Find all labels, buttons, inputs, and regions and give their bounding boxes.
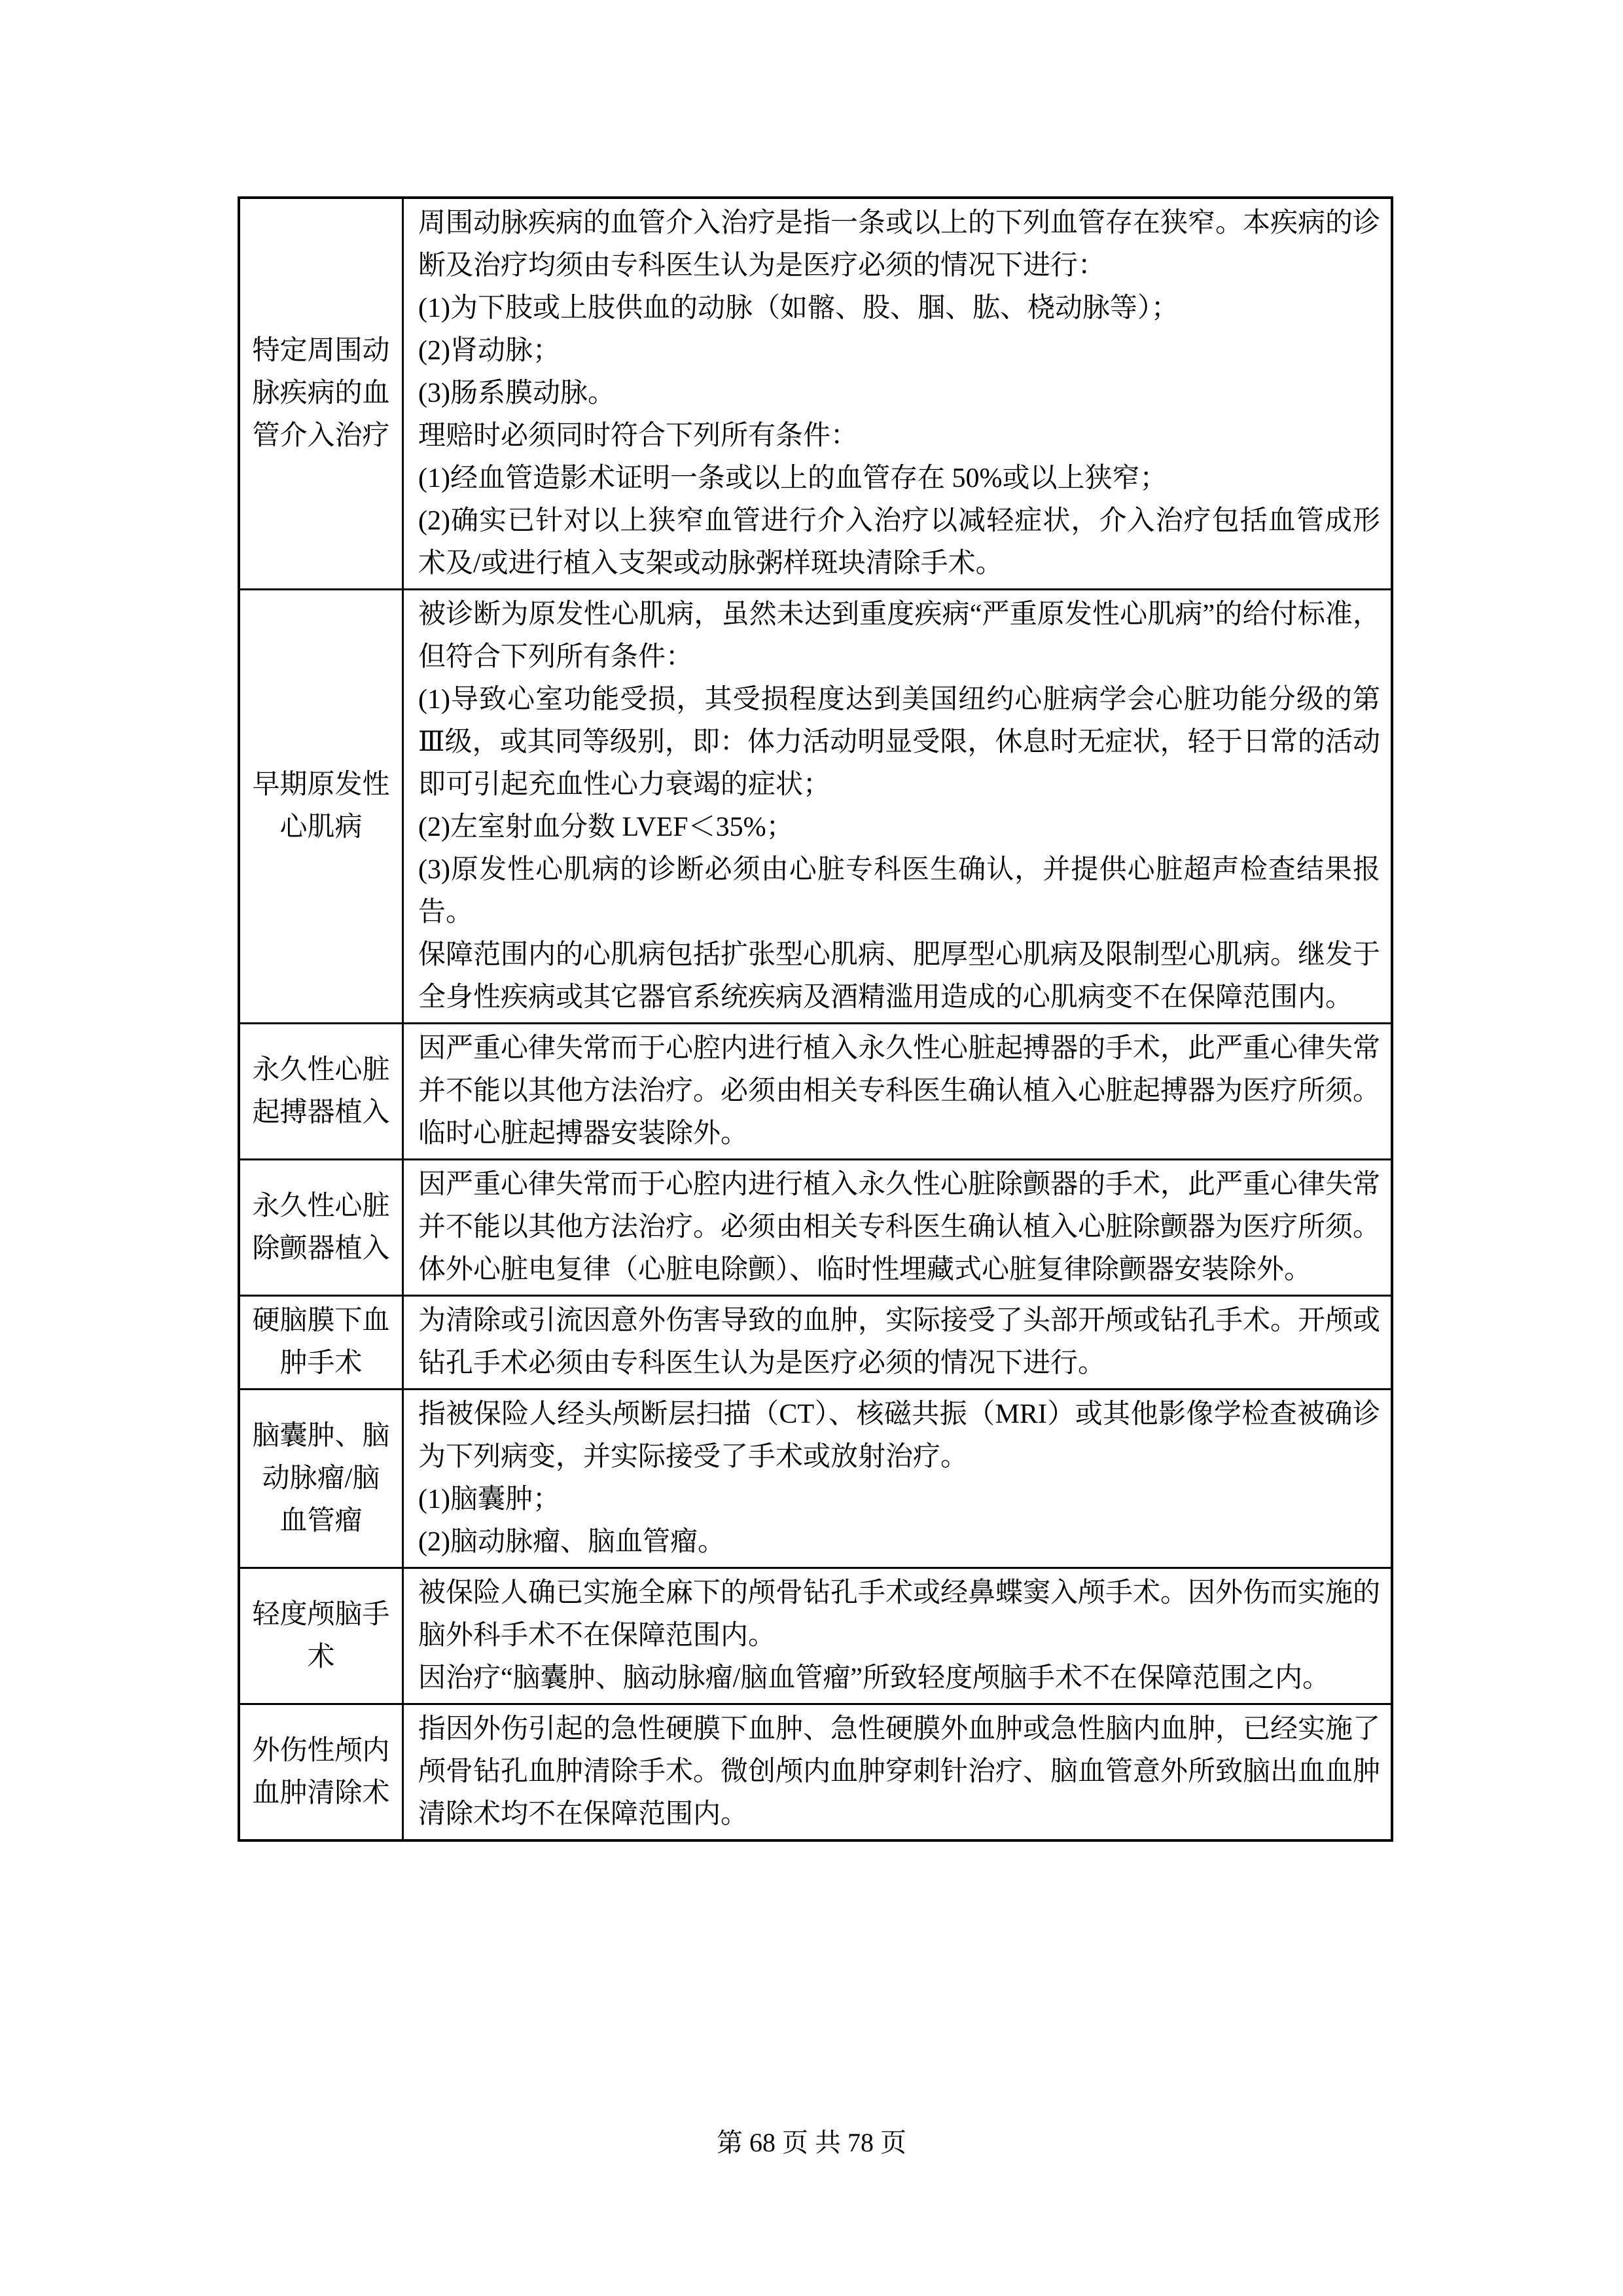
definition-cell: 为清除或引流因意外伤害导致的血肿，实际接受了头部开颅或钻孔手术。开颅或钻孔手术必…: [404, 1297, 1391, 1388]
definition-cell: 因严重心律失常而于心腔内进行植入永久性心脏除颤器的手术，此严重心律失常并不能以其…: [404, 1160, 1391, 1295]
definition-cell: 被诊断为原发性心肌病，虽然未达到重度疾病“严重原发性心肌病”的给付标准，但符合下…: [404, 590, 1391, 1022]
table-row: 硬脑膜下血 肿手术为清除或引流因意外伤害导致的血肿，实际接受了头部开颅或钻孔手术…: [240, 1295, 1391, 1388]
definition-paragraph: (3)肠系膜动脉。: [418, 372, 1380, 415]
definition-cell: 因严重心律失常而于心腔内进行植入永久性心脏起搏器的手术，此严重心律失常并不能以其…: [404, 1024, 1391, 1158]
document-page: 特定周围动 脉疾病的血 管介入治疗周围动脉疾病的血管介入治疗是指一条或以上的下列…: [0, 0, 1623, 2296]
definition-paragraph: (1)经血管造影术证明一条或以上的血管存在 50%或以上狭窄；: [418, 457, 1380, 500]
definitions-table: 特定周围动 脉疾病的血 管介入治疗周围动脉疾病的血管介入治疗是指一条或以上的下列…: [238, 196, 1393, 1842]
term-cell: 早期原发性 心肌病: [240, 590, 404, 1022]
definition-paragraph: 指因外伤引起的急性硬膜下血肿、急性硬膜外血肿或急性脑内血肿，已经实施了颅骨钻孔血…: [418, 1708, 1380, 1836]
definition-paragraph: 因严重心律失常而于心腔内进行植入永久性心脏起搏器的手术，此严重心律失常并不能以其…: [418, 1028, 1380, 1155]
table-row: 永久性心脏 除颤器植入因严重心律失常而于心腔内进行植入永久性心脏除颤器的手术，此…: [240, 1158, 1391, 1295]
page-number-footer: 第 68 页 共 78 页: [0, 2127, 1623, 2159]
definition-paragraph: 因严重心律失常而于心腔内进行植入永久性心脏除颤器的手术，此严重心律失常并不能以其…: [418, 1164, 1380, 1291]
definition-paragraph: (1)导致心室功能受损，其受损程度达到美国纽约心脏病学会心脏功能分级的第Ⅲ级，或…: [418, 679, 1380, 806]
definition-paragraph: (3)原发性心肌病的诊断必须由心脏专科医生确认，并提供心脏超声检查结果报告。: [418, 849, 1380, 934]
definition-cell: 被保险人确已实施全麻下的颅骨钻孔手术或经鼻蝶窦入颅手术。因外伤而实施的脑外科手术…: [404, 1569, 1391, 1703]
term-cell: 脑囊肿、脑 动脉瘤/脑 血管瘤: [240, 1390, 404, 1567]
definition-cell: 指被保险人经头颅断层扫描（CT）、核磁共振（MRI）或其他影像学检查被确诊为下列…: [404, 1390, 1391, 1567]
definition-paragraph: (2)确实已针对以上狭窄血管进行介入治疗以减轻症状，介入治疗包括血管成形术及/或…: [418, 500, 1380, 585]
term-cell: 永久性心脏 除颤器植入: [240, 1160, 404, 1295]
definition-paragraph: 因治疗“脑囊肿、脑动脉瘤/脑血管瘤”所致轻度颅脑手术不在保障范围之内。: [418, 1657, 1380, 1700]
definition-paragraph: 指被保险人经头颅断层扫描（CT）、核磁共振（MRI）或其他影像学检查被确诊为下列…: [418, 1393, 1380, 1479]
table-row: 特定周围动 脉疾病的血 管介入治疗周围动脉疾病的血管介入治疗是指一条或以上的下列…: [240, 199, 1391, 588]
definition-paragraph: (2)左室射血分数 LVEF＜35%；: [418, 806, 1380, 849]
term-cell: 硬脑膜下血 肿手术: [240, 1297, 404, 1388]
definition-paragraph: 为清除或引流因意外伤害导致的血肿，实际接受了头部开颅或钻孔手术。开颅或钻孔手术必…: [418, 1300, 1380, 1385]
definition-cell: 指因外伤引起的急性硬膜下血肿、急性硬膜外血肿或急性脑内血肿，已经实施了颅骨钻孔血…: [404, 1705, 1391, 1839]
term-cell: 外伤性颅内 血肿清除术: [240, 1705, 404, 1839]
definition-paragraph: (1)为下肢或上肢供血的动脉（如髂、股、腘、肱、桡动脉等）；: [418, 287, 1380, 330]
definition-cell: 周围动脉疾病的血管介入治疗是指一条或以上的下列血管存在狭窄。本疾病的诊断及治疗均…: [404, 199, 1391, 588]
definition-paragraph: (1)脑囊肿；: [418, 1479, 1380, 1521]
term-cell: 轻度颅脑手 术: [240, 1569, 404, 1703]
table-row: 早期原发性 心肌病被诊断为原发性心肌病，虽然未达到重度疾病“严重原发性心肌病”的…: [240, 588, 1391, 1022]
term-cell: 永久性心脏 起搏器植入: [240, 1024, 404, 1158]
definition-paragraph: 周围动脉疾病的血管介入治疗是指一条或以上的下列血管存在狭窄。本疾病的诊断及治疗均…: [418, 202, 1380, 287]
definition-paragraph: (2)肾动脉；: [418, 330, 1380, 372]
definition-paragraph: 保障范围内的心肌病包括扩张型心肌病、肥厚型心肌病及限制型心肌病。继发于全身性疾病…: [418, 934, 1380, 1019]
table-row: 脑囊肿、脑 动脉瘤/脑 血管瘤指被保险人经头颅断层扫描（CT）、核磁共振（MRI…: [240, 1388, 1391, 1567]
term-cell: 特定周围动 脉疾病的血 管介入治疗: [240, 199, 404, 588]
table-row: 外伤性颅内 血肿清除术指因外伤引起的急性硬膜下血肿、急性硬膜外血肿或急性脑内血肿…: [240, 1703, 1391, 1839]
definition-paragraph: 被诊断为原发性心肌病，虽然未达到重度疾病“严重原发性心肌病”的给付标准，但符合下…: [418, 594, 1380, 679]
definition-paragraph: 被保险人确已实施全麻下的颅骨钻孔手术或经鼻蝶窦入颅手术。因外伤而实施的脑外科手术…: [418, 1572, 1380, 1657]
definition-paragraph: 理赔时必须同时符合下列所有条件：: [418, 415, 1380, 457]
table-row: 永久性心脏 起搏器植入因严重心律失常而于心腔内进行植入永久性心脏起搏器的手术，此…: [240, 1022, 1391, 1158]
definition-paragraph: (2)脑动脉瘤、脑血管瘤。: [418, 1521, 1380, 1564]
table-row: 轻度颅脑手 术被保险人确已实施全麻下的颅骨钻孔手术或经鼻蝶窦入颅手术。因外伤而实…: [240, 1567, 1391, 1703]
